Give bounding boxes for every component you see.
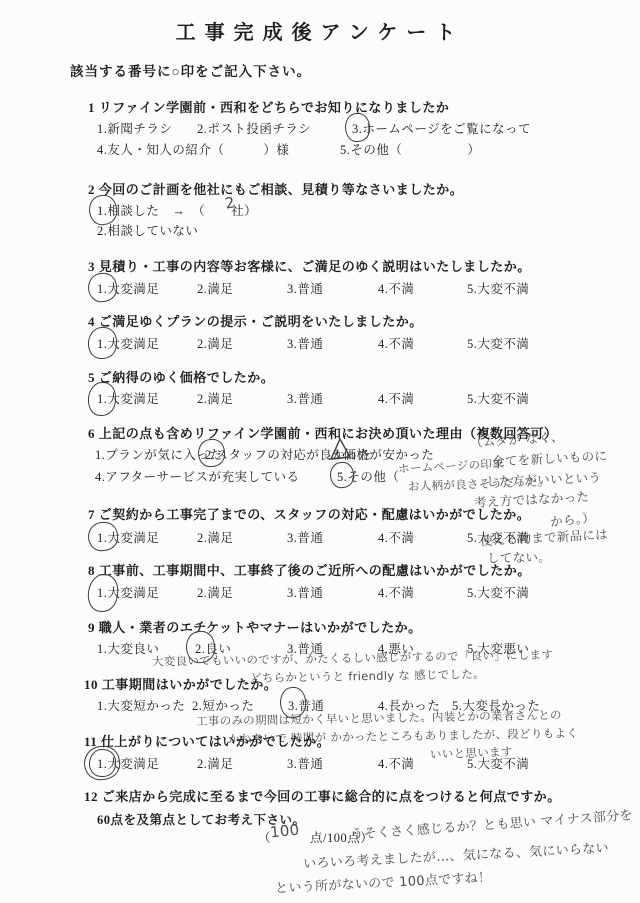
- question-5-heading: 5 ご納得のゆく価格でしたか。: [88, 367, 274, 386]
- q1-option-1: 1.新聞チラシ: [97, 119, 172, 137]
- q5-option-2: 2.満足: [197, 389, 233, 407]
- question-9-heading: 9 職人・業者のエチケットやマナーはいかがでしたか。: [88, 617, 422, 636]
- question-11-heading: 11 仕上がりについてはいかがでしたか。: [84, 731, 330, 750]
- question-8-heading: 8 工事前、工事期間中、工事終了後のご近所への配慮はいかがでしたか。: [88, 560, 531, 579]
- question-4-heading: 4 ご満足ゆくプランの提示・ご説明をいたしましたか。: [88, 311, 423, 330]
- question-3-heading: 3 見積り・工事の内容等お客様に、ご満足のゆく説明はいたしましたか。: [88, 256, 531, 275]
- q8-option-2: 2.満足: [197, 583, 233, 601]
- q6-option-5-label: 5.その他（: [337, 470, 399, 484]
- q6-option-1: 1.プランが気に入った: [95, 445, 222, 463]
- q10-option-1: 1.大変短かった: [97, 696, 185, 714]
- q1-option-3-label: 3.ホームページをご覧になって: [352, 122, 531, 136]
- q5-option-1: 1.大変満足: [97, 389, 159, 407]
- q1-option-5: 5.その他（ ）: [340, 140, 480, 158]
- q4-option-1: 1.大変満足: [97, 334, 159, 352]
- q11-option-3: 3.普通: [287, 754, 323, 772]
- q7-option-5: 5.大変不満: [467, 528, 529, 546]
- q11-option-1: 1.大変満足: [97, 754, 159, 772]
- q3-option-2: 2.満足: [197, 279, 233, 297]
- q7-option-4: 4.不満: [378, 528, 414, 546]
- question-12-heading: 12 ご来店から完成に至るまで今回の工事に総合的に点をつけると何点ですか。: [84, 786, 561, 805]
- q10-option-2: 2.短かった: [192, 696, 254, 714]
- handwritten-q12-score: 100: [269, 821, 300, 842]
- q8-option-5: 5.大変不満: [467, 583, 529, 601]
- q9-option-1: 1.大変良い: [97, 639, 159, 657]
- question-2-heading: 2 今回のご計画を他社にもご相談、見積り等なさいましたか。: [88, 179, 463, 198]
- handwritten-q6-margin-2: 全てを新しいものに: [492, 446, 608, 470]
- page-title: 工事完成後アンケート: [0, 16, 640, 45]
- q3-option-1-label: 1.大変満足: [97, 282, 159, 296]
- q4-option-4: 4.不満: [378, 334, 414, 352]
- q5-option-1-label: 1.大変満足: [97, 392, 159, 406]
- q7-option-1: 1.大変満足: [97, 528, 159, 546]
- q5-option-3: 3.普通: [287, 389, 323, 407]
- q7-option-3: 3.普通: [287, 528, 323, 546]
- q3-option-5: 5.大変不満: [467, 279, 529, 297]
- q6-option-4: 4.アフターサービスが充実している: [95, 467, 300, 485]
- q5-option-4: 4.不満: [378, 389, 414, 407]
- q3-option-3: 3.普通: [287, 279, 323, 297]
- q6-option-5: 5.その他（: [337, 467, 399, 485]
- instruction-text: 該当する番号に○印をご記入下さい。: [70, 60, 311, 80]
- q8-option-1: 1.大変満足: [97, 583, 159, 601]
- question-10-heading: 10 工事期間はいかがでしたか。: [84, 674, 277, 693]
- q4-option-1-label: 1.大変満足: [97, 337, 159, 351]
- q8-option-4: 4.不満: [378, 583, 414, 601]
- q8-option-3: 3.普通: [287, 583, 323, 601]
- q4-option-2: 2.満足: [197, 334, 233, 352]
- q11-option-4: 4.不満: [378, 754, 414, 772]
- q2-option-2: 2.相談していない: [97, 221, 198, 239]
- q11-option-1-label: 1.大変満足: [97, 757, 159, 771]
- q1-option-3: 3.ホームページをご覧になって: [352, 119, 531, 137]
- question-1-heading: 1 リファイン学園前・西和をどちらでお知りになりましたか: [88, 97, 449, 116]
- q4-option-5: 5.大変不満: [467, 334, 529, 352]
- q5-option-5: 5.大変不満: [467, 389, 529, 407]
- q11-option-2: 2.満足: [197, 754, 233, 772]
- q8-option-1-label: 1.大変満足: [97, 586, 159, 600]
- q11-option-5: 5.大変不満: [467, 754, 529, 772]
- handwritten-q9-note-2: どちらかというと friendly な 感じでした。: [250, 666, 485, 686]
- q4-option-3: 3.普通: [287, 334, 323, 352]
- survey-sheet: 工事完成後アンケート 該当する番号に○印をご記入下さい。 1 リファイン学園前・…: [0, 0, 640, 903]
- q7-option-2: 2.満足: [197, 528, 233, 546]
- question-7-heading: 7 ご契約から工事完了までの、スタッフの対応・配慮はいかがでしたか。: [88, 504, 530, 523]
- q1-option-2: 2.ポスト投函チラシ: [197, 119, 311, 137]
- q7-option-1-label: 1.大変満足: [97, 531, 159, 545]
- q1-option-4: 4.友人・知人の紹介（ ）様: [97, 140, 289, 158]
- q3-option-1: 1.大変満足: [97, 279, 159, 297]
- q3-option-4: 4.不満: [378, 279, 414, 297]
